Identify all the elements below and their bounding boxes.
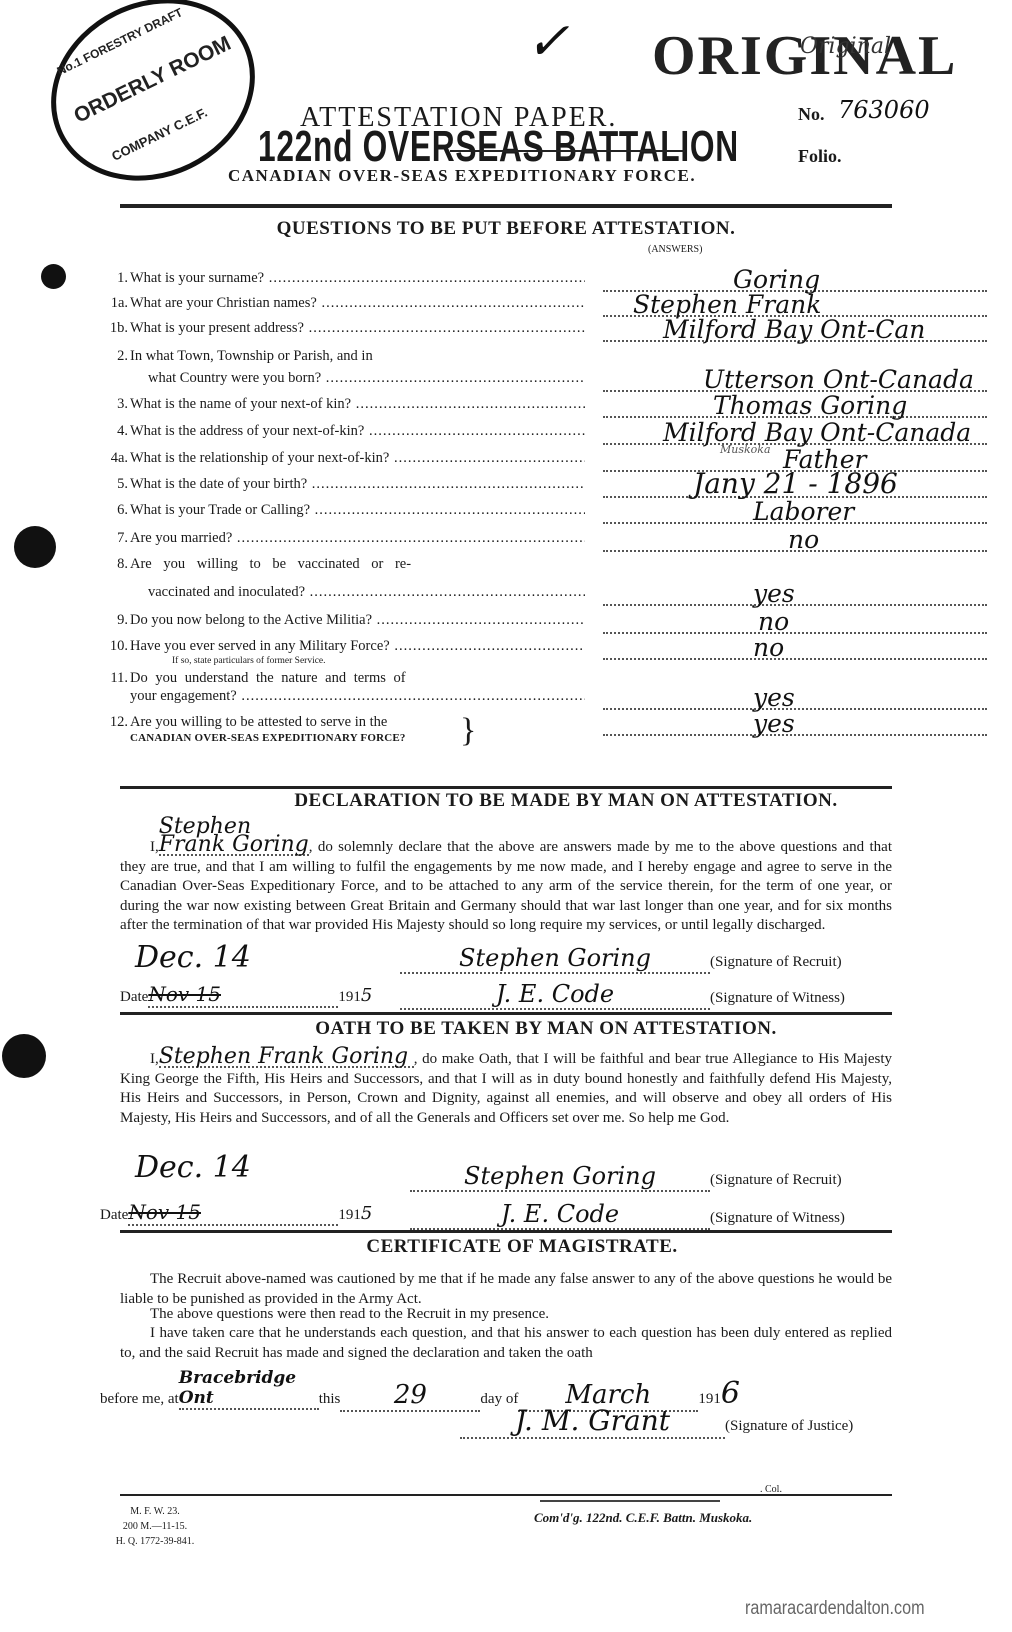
battalion-title: 122nd OVERSEAS BATTALION xyxy=(258,122,762,172)
answer-value: no xyxy=(753,633,784,662)
date-label: Date xyxy=(120,989,148,1005)
recruit-label: (Signature of Recruit) xyxy=(710,954,842,970)
question-text: Are you willing to be attested to serve … xyxy=(130,714,470,731)
punch-hole-lower xyxy=(2,1034,46,1078)
answer-field[interactable]: Milford Bay Ont-Canada xyxy=(603,423,987,445)
declaration-date-written: Dec. 14 xyxy=(135,940,251,975)
question-number: 3. xyxy=(100,396,128,413)
prefix: I, xyxy=(120,839,159,855)
folio-label: Folio. xyxy=(798,146,842,167)
question-text: In what Town, Township or Parish, and in xyxy=(130,348,585,365)
question-number: 11. xyxy=(100,670,128,687)
questions-heading: QUESTIONS TO BE PUT BEFORE ATTESTATION. xyxy=(0,218,1012,240)
year-prefix: 191 xyxy=(338,1207,361,1223)
answer-field[interactable]: no xyxy=(603,638,987,660)
declaration-text: I,Stephen Frank Goring, do solemnly decl… xyxy=(120,818,892,936)
declaration-recruit-signature-line: Stephen Goring(Signature of Recruit) xyxy=(400,944,842,974)
justice-signature-line: J. M. Grant(Signature of Justice) xyxy=(460,1404,853,1439)
section-rule xyxy=(120,1230,892,1233)
question-text-line-2: your engagement? xyxy=(130,688,585,705)
answer-field[interactable]: Utterson Ont-Canada xyxy=(603,370,987,392)
question-row-6: 6. What is your Trade or Calling? Labore… xyxy=(100,502,980,528)
answer-field[interactable]: yes xyxy=(603,714,987,736)
justice-label: (Signature of Justice) xyxy=(725,1418,853,1434)
question-number: 10. xyxy=(100,638,128,655)
answer-value: Utterson Ont-Canada xyxy=(703,365,974,394)
question-number: 4a. xyxy=(100,450,128,467)
witness-signature-field[interactable]: J. E. Code xyxy=(410,1200,710,1230)
stamp-line-3: COMPANY C.E.F. xyxy=(109,105,209,164)
strike-line xyxy=(450,150,685,152)
year-prefix: 191 xyxy=(338,989,361,1005)
header-rule xyxy=(120,204,892,208)
question-row-11: 11. Do you understand the nature and ter… xyxy=(100,670,980,716)
question-text: What is the address of your next-of-kin? xyxy=(130,423,585,440)
command-stamp: Com'd'g. 122nd. C.E.F. Battn. Muskoka. xyxy=(534,1510,752,1526)
question-text-line-2: CANADIAN OVER-SEAS EXPEDITIONARY FORCE? xyxy=(130,732,470,744)
answer-value: no xyxy=(758,607,789,636)
magistrate-para-2: The above questions were then read to th… xyxy=(120,1305,892,1325)
recruit-signature-field[interactable]: Stephen Goring xyxy=(410,1162,710,1192)
question-text: Are you willing to be vaccinated or re- xyxy=(130,556,585,573)
form-number-block: M. F. W. 23. 200 M.—11-15. H. Q. 1772-39… xyxy=(110,1504,200,1549)
regimental-number: 763060 xyxy=(838,96,930,124)
witness-label: (Signature of Witness) xyxy=(710,990,845,1006)
justice-signature-field[interactable]: J. M. Grant xyxy=(460,1404,725,1439)
question-number: 4. xyxy=(100,423,128,440)
question-number: 9. xyxy=(100,612,128,629)
question-row-1: 1. What is your surname? Goring xyxy=(100,270,980,296)
before-label: before me, at xyxy=(100,1391,179,1407)
answer-value: Laborer xyxy=(753,497,854,526)
answer-value: Milford Bay Ont-Canada xyxy=(663,418,971,447)
punch-hole-upper xyxy=(14,526,56,568)
question-number: 1. xyxy=(100,270,128,287)
answer-value: yes xyxy=(753,579,795,608)
answer-value: no xyxy=(788,525,819,554)
question-text: What is your Trade or Calling? xyxy=(130,502,585,519)
question-number: 8. xyxy=(100,556,128,573)
answers-label: (ANSWERS) xyxy=(648,244,702,255)
question-row-12: 12. Are you willing to be attested to se… xyxy=(100,714,980,754)
question-text: Do you understand the nature and terms o… xyxy=(130,670,585,687)
question-row-9: 9. Do you now belong to the Active Milit… xyxy=(100,612,980,638)
declaration-heading: DECLARATION TO BE MADE BY MAN ON ATTESTA… xyxy=(60,790,1012,812)
form-line: 200 M.—11-15. xyxy=(110,1519,200,1534)
question-row-1b: 1b. What is your present address? Milfor… xyxy=(100,320,980,346)
question-row-7: 7. Are you married? no xyxy=(100,530,980,556)
check-mark-icon: ✓ xyxy=(522,12,582,72)
form-line: M. F. W. 23. xyxy=(110,1504,200,1519)
answer-field[interactable]: Jany 21 - 1896 xyxy=(603,476,987,498)
answer-field[interactable]: yes xyxy=(603,584,987,606)
force-subtitle: CANADIAN OVER-SEAS EXPEDITIONARY FORCE. xyxy=(228,166,696,186)
question-text: Are you married? xyxy=(130,530,585,547)
magistrate-para-3: I have taken care that he understands ea… xyxy=(120,1324,892,1363)
answer-value: yes xyxy=(753,709,795,738)
date-label: Date xyxy=(100,1207,128,1223)
oath-date-line: DateNov 151915 xyxy=(100,1200,372,1226)
oath-witness-signature-line: J. E. Code(Signature of Witness) xyxy=(410,1200,845,1230)
declarant-name-field[interactable]: Stephen Frank Goring xyxy=(159,818,309,856)
place-field[interactable]: Bracebridge Ont xyxy=(179,1368,319,1410)
question-text: What are your Christian names? xyxy=(130,295,585,312)
question-subtext: If so, state particulars of former Servi… xyxy=(172,656,326,666)
question-text: Have you ever served in any Military For… xyxy=(130,638,585,655)
original-overwrite: Original xyxy=(800,34,891,59)
question-number: 1b. xyxy=(100,320,128,337)
answer-field[interactable]: Goring xyxy=(603,270,987,292)
recruit-label: (Signature of Recruit) xyxy=(710,1172,842,1188)
question-number: 2. xyxy=(100,348,128,365)
battalion-text: 122nd OVERSEAS BATTALION xyxy=(258,122,739,171)
watermark: ramaracardendalton.com xyxy=(745,1598,925,1620)
question-text: What is your present address? xyxy=(130,320,585,337)
answer-value: yes xyxy=(753,683,795,712)
number-label: No. xyxy=(798,104,825,125)
col-mark: . Col. xyxy=(760,1484,782,1495)
question-text-line-2: what Country were you born? xyxy=(148,370,585,387)
question-text: What is the date of your birth? xyxy=(130,476,585,493)
answer-field[interactable]: yes xyxy=(603,688,987,710)
question-number: 5. xyxy=(100,476,128,493)
witness-label: (Signature of Witness) xyxy=(710,1210,845,1226)
oath-heading: OATH TO BE TAKEN BY MAN ON ATTESTATION. xyxy=(40,1018,1012,1040)
answer-field[interactable]: Milford Bay Ont-Can xyxy=(603,320,987,342)
question-number: 1a. xyxy=(100,295,128,312)
answer-value: Milford Bay Ont-Can xyxy=(663,315,925,344)
answer-value: Jany 21 - 1896 xyxy=(693,467,898,500)
oath-name-field[interactable]: Stephen Frank Goring xyxy=(159,1048,414,1068)
declaration-witness-signature-line: J. E. Code(Signature of Witness) xyxy=(400,980,845,1010)
section-rule xyxy=(120,786,892,789)
struck-date-field[interactable]: Nov 15 xyxy=(128,1200,338,1226)
question-text-line-2: vaccinated and inoculated? xyxy=(148,584,585,601)
question-number: 6. xyxy=(100,502,128,519)
question-text: Do you now belong to the Active Militia? xyxy=(130,612,585,629)
answer-field[interactable]: Stephen Frank xyxy=(603,295,987,317)
form-line: H. Q. 1772-39-841. xyxy=(110,1534,200,1549)
question-number: 12. xyxy=(100,714,128,731)
oath-recruit-signature-line: Stephen Goring(Signature of Recruit) xyxy=(410,1162,842,1192)
answer-field[interactable]: Thomas Goring xyxy=(603,396,987,418)
question-row-8: 8. Are you willing to be vaccinated or r… xyxy=(100,556,980,612)
struck-date-field[interactable]: Nov 15 xyxy=(148,982,338,1008)
oath-text: I,Stephen Frank Goring, do make Oath, th… xyxy=(120,1048,892,1128)
this-label: this xyxy=(319,1391,341,1407)
answer-field[interactable]: Laborer xyxy=(603,502,987,524)
question-text: What is your surname? xyxy=(130,270,585,287)
oath-date-written: Dec. 14 xyxy=(135,1150,251,1185)
brace-icon: } xyxy=(460,712,476,750)
witness-signature-field[interactable]: J. E. Code xyxy=(400,980,710,1010)
section-rule xyxy=(120,1012,892,1015)
prefix: I, xyxy=(120,1051,159,1067)
year-suffix: 5 xyxy=(361,1203,372,1224)
command-rule xyxy=(540,1500,720,1502)
declaration-date-line: DateNov 151915 xyxy=(120,982,372,1008)
magistrate-para-1: The Recruit above-named was cautioned by… xyxy=(120,1270,892,1309)
recruit-signature-field[interactable]: Stephen Goring xyxy=(400,944,710,974)
answer-value: Thomas Goring xyxy=(713,391,907,420)
question-number: 7. xyxy=(100,530,128,547)
punch-hole-small xyxy=(41,264,66,289)
question-row-2: 2. In what Town, Township or Parish, and… xyxy=(100,348,980,394)
magistrate-heading: CERTIFICATE OF MAGISTRATE. xyxy=(16,1236,1012,1258)
answer-field[interactable]: no xyxy=(603,530,987,552)
answer-field[interactable]: no xyxy=(603,612,987,634)
question-text: What is the name of your next-of kin? xyxy=(130,396,585,413)
question-text: What is the relationship of your next-of… xyxy=(130,450,585,467)
year-suffix: 5 xyxy=(361,985,372,1006)
